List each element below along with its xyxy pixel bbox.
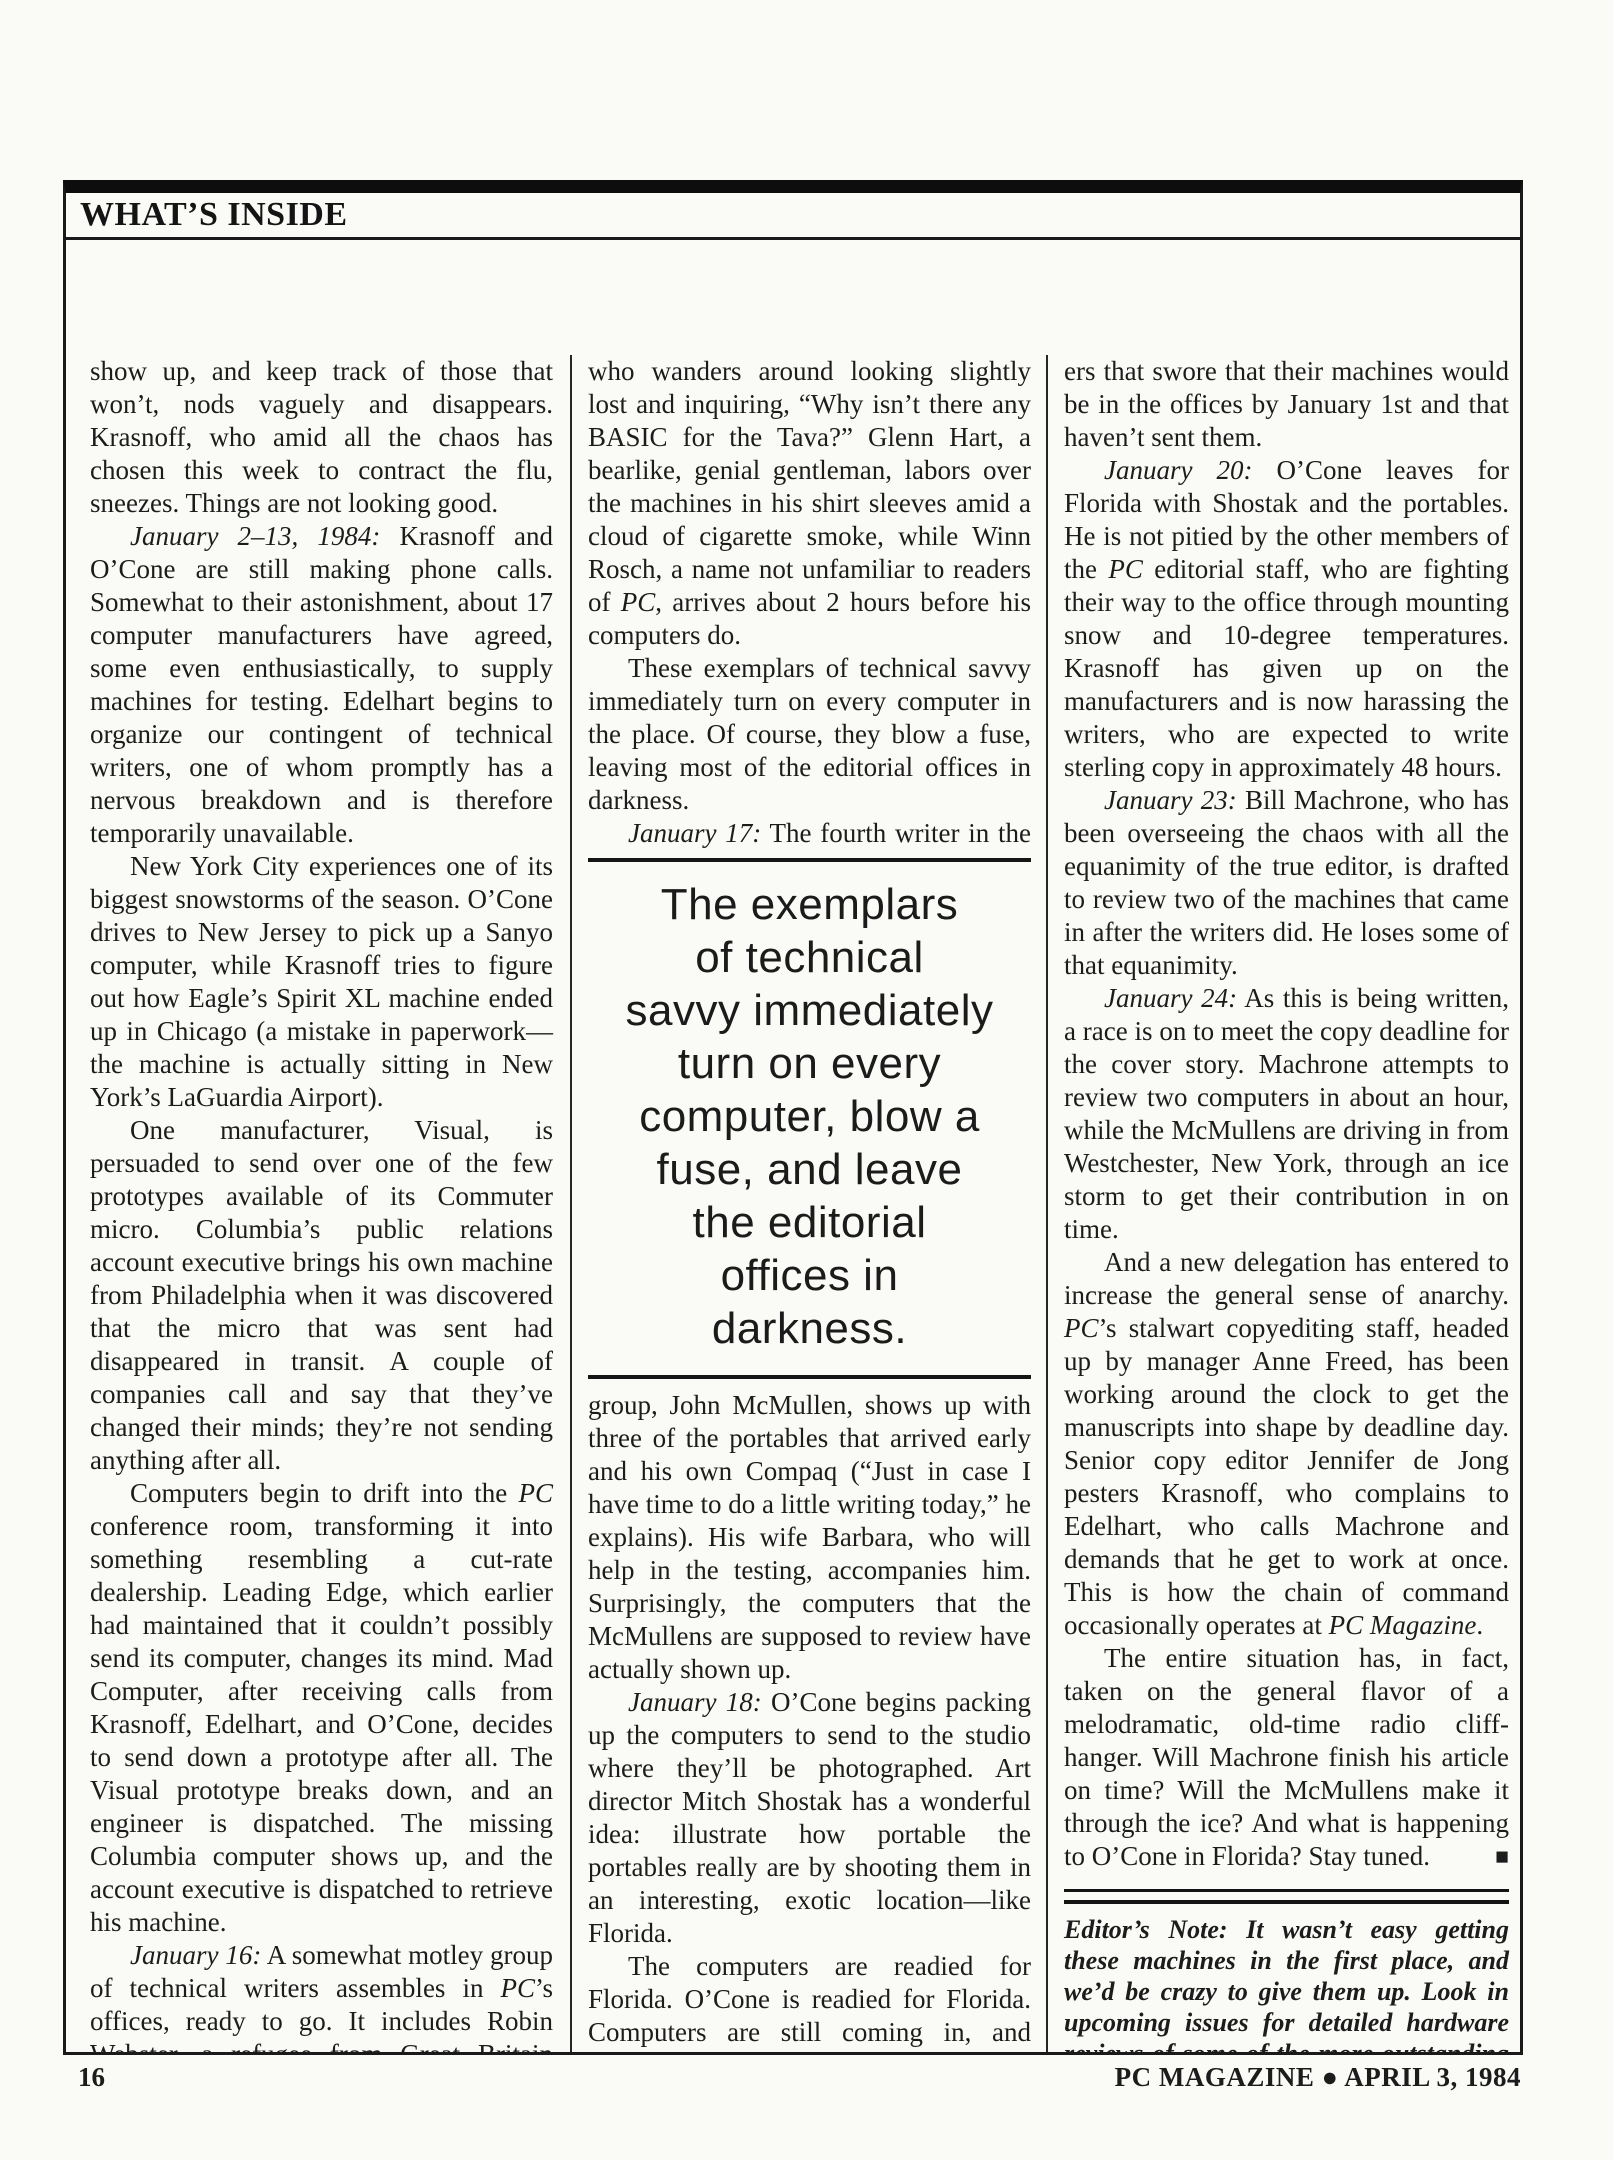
column-3: ers that swore that their machines would… (1046, 355, 1509, 2052)
section-header: WHAT’S INSIDE (66, 193, 1520, 240)
text-run: PC (621, 587, 656, 617)
paragraph: The computers are readied for Florida. O… (588, 1950, 1031, 2052)
pull-quote: The exemplarsof technicalsavvy immediate… (588, 858, 1031, 1379)
paragraph: group, John McMullen, shows up with thre… (588, 1389, 1031, 1686)
page-title: WHAT’S INSIDE (80, 196, 348, 234)
paragraph: January 17: The fourth writer in the (588, 817, 1031, 850)
paragraph: One manufacturer, Visual, is persuaded t… (90, 1114, 553, 1477)
text-run: The computers are readied for Florida. O… (588, 1951, 1031, 2052)
text-run: Computers begin to drift into the (130, 1478, 518, 1508)
issue-line: PC MAGAZINE ● APRIL 3, 1984 (1115, 2062, 1521, 2093)
paragraph: New York City experiences one of its big… (90, 850, 553, 1114)
text-run: New York City experiences one of its big… (90, 851, 553, 1112)
pull-quote-line: turn on every (588, 1037, 1031, 1090)
text-run: The entire situation has, in fact, taken… (1064, 1643, 1509, 1871)
pull-quote-line: the editorial (588, 1196, 1031, 1249)
text-run: PC (518, 1478, 553, 1508)
paragraph: January 20: O’Cone leaves for Florida wi… (1064, 454, 1509, 784)
text-run: Editor’s Note: (1064, 1915, 1228, 1944)
text-run: January 23: (1104, 785, 1237, 815)
column-1: show up, and keep track of those that wo… (90, 355, 553, 2052)
text-run: group, John McMullen, shows up with thre… (588, 1390, 1031, 1684)
paragraph: ers that swore that their machines would… (1064, 355, 1509, 454)
editors-note: Editor’s Note: It wasn’t easy getting th… (1064, 1914, 1509, 2052)
text-run: These exemplars of technical savvy immed… (588, 653, 1031, 815)
text-run: O’Cone begins packing up the computers t… (588, 1687, 1031, 1948)
pull-quote-line: of technical (588, 931, 1031, 984)
paragraph: January 23: Bill Machrone, who has been … (1064, 784, 1509, 982)
text-run: January 24: (1104, 983, 1237, 1013)
end-of-article-marker: ■ (1455, 1840, 1509, 1873)
text-run: ’s stalwart copyediting staff, headed up… (1064, 1313, 1509, 1640)
paragraph: These exemplars of technical savvy immed… (588, 652, 1031, 817)
text-run: January 17: (628, 818, 761, 848)
text-run: ers that swore that their machines would… (1064, 356, 1509, 452)
paragraph: January 16: A somewhat motley group of t… (90, 1939, 553, 2052)
pull-quote-line: The exemplars (588, 878, 1031, 931)
text-run: As this is being written, a race is on t… (1064, 983, 1509, 1244)
text-run: One manufacturer, Visual, is persuaded t… (90, 1115, 553, 1475)
text-run: show up, and keep track of those that wo… (90, 356, 553, 518)
page-number: 16 (78, 2062, 105, 2093)
text-run: , arrives about 2 hours before his compu… (588, 587, 1031, 650)
text-run: PC (500, 1973, 535, 2003)
pull-quote-line: fuse, and leave (588, 1143, 1031, 1196)
text-run: Krasnoff and O’Cone are still making pho… (90, 521, 553, 848)
editors-note-divider (1064, 1889, 1509, 1904)
paragraph: Computers begin to drift into the PC con… (90, 1477, 553, 1939)
paragraph: January 2–13, 1984: Krasnoff and O’Cone … (90, 520, 553, 850)
text-run: January 20: (1104, 455, 1253, 485)
text-run: PC (1064, 1313, 1099, 1343)
text-run: January 16: (130, 1940, 261, 1970)
text-run: And a new delegation has entered to incr… (1064, 1247, 1509, 1310)
pull-quote-line: offices in (588, 1249, 1031, 1302)
paragraph: who wanders around looking slightly lost… (588, 355, 1031, 652)
article-frame: WHAT’S INSIDE show up, and keep track of… (63, 180, 1523, 2055)
text-run: PC Magazine (1329, 1610, 1477, 1640)
text-run: January 2–13, 1984: (130, 521, 380, 551)
magazine-page: WHAT’S INSIDE show up, and keep track of… (0, 0, 1613, 2160)
text-run: who wanders around looking slightly lost… (588, 356, 1031, 617)
text-run: January 18: (628, 1687, 762, 1717)
text-run: editorial staff, who are fighting their … (1064, 554, 1509, 782)
pull-quote-line: darkness. (588, 1302, 1031, 1355)
column-2: who wanders around looking slightly lost… (570, 355, 1031, 2052)
pull-quote-line: computer, blow a (588, 1090, 1031, 1143)
paragraph: The entire situation has, in fact, taken… (1064, 1642, 1509, 1873)
article-columns: show up, and keep track of those that wo… (66, 240, 1520, 2052)
paragraph: show up, and keep track of those that wo… (90, 355, 553, 520)
text-run: . (1476, 1610, 1483, 1640)
paragraph: January 18: O’Cone begins packing up the… (588, 1686, 1031, 1950)
text-run: PC (1108, 554, 1143, 584)
text-run: conference room, transforming it into so… (90, 1511, 553, 1937)
text-run: The fourth writer in the (761, 818, 1031, 848)
paragraph: January 24: As this is being written, a … (1064, 982, 1509, 1246)
pull-quote-line: savvy immediately (588, 984, 1031, 1037)
paragraph: And a new delegation has entered to incr… (1064, 1246, 1509, 1642)
